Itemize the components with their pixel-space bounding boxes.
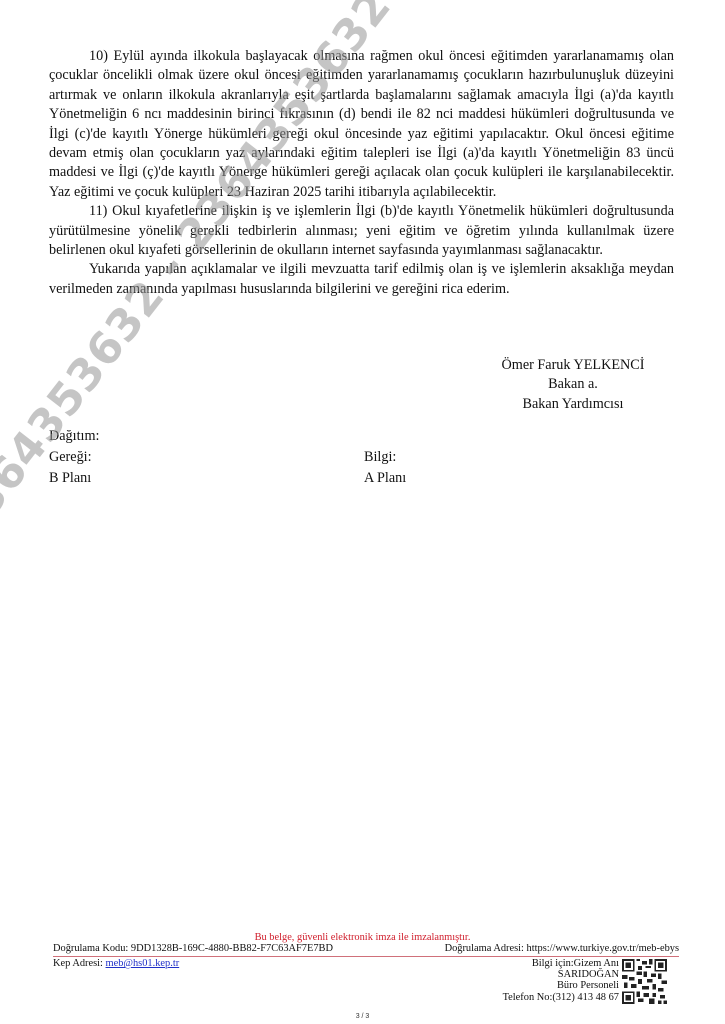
contact-surname: SARIDOĞAN [503,969,619,980]
kep-address-link[interactable]: meb@hs01.kep.tr [106,958,180,969]
action-value: B Planı [49,468,99,489]
signatory-title: Bakan Yardımcısı [473,395,673,414]
info-distribution: Bilgi: A Planı [364,447,406,489]
verification-code: Doğrulama Kodu: 9DD1328B-169C-4880-BB82-… [53,943,333,954]
contact-phone: Telefon No:(312) 413 48 67 [503,992,619,1003]
kep-address-row: Kep Adresi: meb@hs01.kep.tr [53,958,179,969]
closing-paragraph: Yukarıda yapılan açıklamalar ve ilgili m… [49,260,674,299]
distribution-block: Dağıtım: Gereği: B Planı [49,426,99,489]
action-label: Gereği: [49,447,99,468]
verification-row: Doğrulama Kodu: 9DD1328B-169C-4880-BB82-… [53,943,679,957]
signatory-on-behalf: Bakan a. [473,375,673,394]
contact-role: Büro Personeli [503,980,619,991]
qr-code-icon [622,959,667,1004]
letter-body: 10) Eylül ayında ilkokula başlayacak olm… [49,47,674,299]
verification-address: Doğrulama Adresi: https://www.turkiye.go… [445,943,679,954]
info-label: Bilgi: [364,447,406,468]
document-page: 10) Eylül ayında ilkokula başlayacak olm… [0,0,725,1024]
kep-label: Kep Adresi: [53,958,106,969]
signature-block: Ömer Faruk YELKENCİ Bakan a. Bakan Yardı… [473,356,673,414]
signatory-name: Ömer Faruk YELKENCİ [473,356,673,375]
contact-person: Bilgi için:Gizem Anı [503,958,619,969]
paragraph-11: 11) Okul kıyafetlerine ilişkin iş ve işl… [49,202,674,260]
page-number: 3 / 3 [0,1013,725,1020]
info-value: A Planı [364,468,406,489]
distribution-label: Dağıtım: [49,426,99,447]
paragraph-10: 10) Eylül ayında ilkokula başlayacak olm… [49,47,674,202]
esign-notice: Bu belge, güvenli elektronik imza ile im… [0,932,725,943]
contact-info: Bilgi için:Gizem Anı SARIDOĞAN Büro Pers… [503,958,619,1003]
